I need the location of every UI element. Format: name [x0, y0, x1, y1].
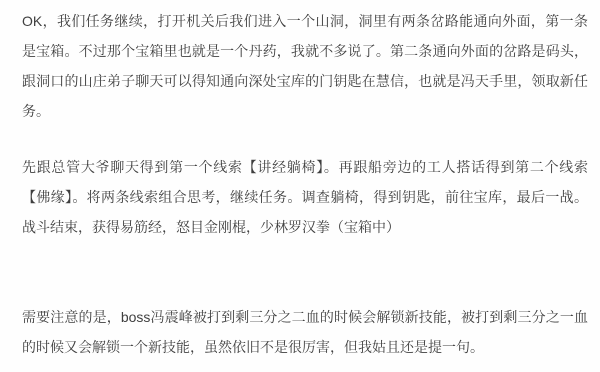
paragraph-quest-route: OK，我们任务继续，打开机关后我们进入一个山洞，洞里有两条岔路能通向外面，第一条… [22, 6, 588, 126]
article-page: OK，我们任务继续，打开机关后我们进入一个山洞，洞里有两条岔路能通向外面，第一条… [0, 0, 600, 372]
paragraph-boss-note: 需要注意的是，boss冯震峰被打到剩三分之二血的时候会解锁新技能，被打到剩三分之… [22, 302, 588, 362]
paragraph-clues-rewards: 先跟总管大爷聊天得到第一个线索【讲经躺椅】。再跟船旁边的工人搭话得到第二个线索【… [22, 152, 588, 242]
